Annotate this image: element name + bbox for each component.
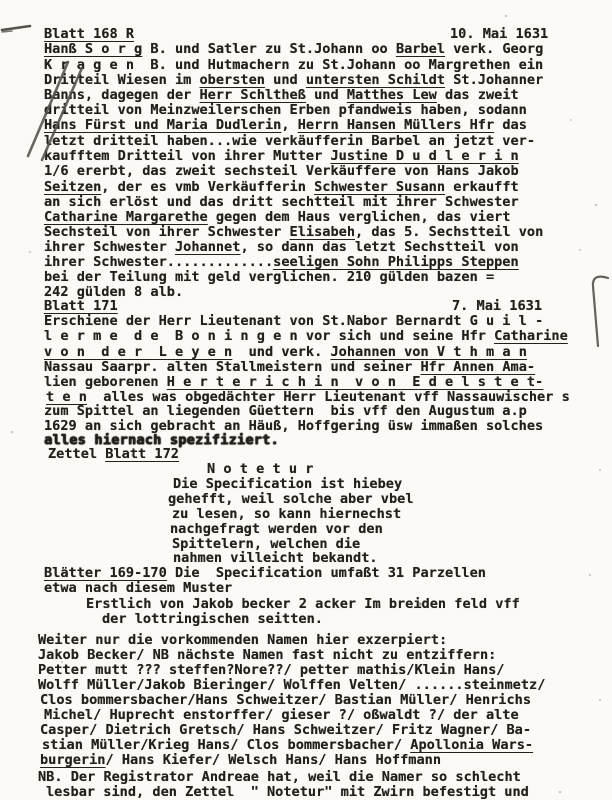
text-segment: Dritteil Wiesen im [44, 72, 200, 88]
text-segment: Clos bommersbacher/Hans Schweitzer/ Bast… [40, 692, 531, 708]
text-segment: Die Specification ist hiebey [173, 476, 402, 492]
text-segment: Zettel [48, 446, 105, 462]
text-segment: das zweit [437, 87, 519, 103]
text-line: Blätter 169-170 Die Specification umfaßt… [44, 566, 486, 581]
text-segment: und verk. [232, 344, 330, 360]
text-line: Wolff Müller/Jakob Bieringer/ Wolffen Ve… [38, 678, 545, 693]
text-line: Hanß S o r g B. und Satler zu St.Johann … [44, 42, 543, 57]
text-line: N o t e t u r [207, 462, 313, 477]
text-line: Clos bommersbacher/Hans Schweitzer/ Bast… [40, 693, 531, 708]
text-segment: zu lesen, so kann hiernechst [172, 506, 401, 522]
text-segment: zum Spittel an liegenden Güettern bis vf… [44, 403, 527, 419]
text-segment: an sich erlöst und das dritt sechtteil m… [44, 194, 519, 210]
text-line: Jakob Becker/ NB nächste Namen fast nich… [38, 648, 496, 663]
text-segment: letzt dritteil haben...wie verkäufferin … [44, 133, 535, 149]
underlined-text: Matthes Lew [347, 87, 437, 103]
text-segment: lesbar sind, den Zettel " Notetur" mit Z… [46, 784, 529, 800]
text-segment: , so dann das letzt Sechstteil von [240, 239, 518, 255]
text-segment: Erschiene der Herr Lieutenant von St.Nab… [44, 313, 543, 329]
text-segment: Nassau Saarpr. alten Stallmeistern und s… [44, 359, 420, 375]
text-line: Dritteil Wiesen im obersten und unterste… [44, 73, 543, 88]
text-line: Zettel Blatt 172 [48, 447, 179, 462]
underlined-text: Elisabeh [290, 224, 355, 240]
text-segment: Weiter nur die vorkommenden Namen hier e… [38, 632, 447, 648]
text-segment: der lottringischen seitten. [102, 611, 323, 627]
underlined-text: Johannet [175, 239, 240, 255]
text-line: der lottringischen seitten. [102, 612, 323, 627]
text-line: letzt dritteil haben...wie verkäufferin … [44, 134, 535, 149]
text-segment: K r a g e n B. und Hutmachern zu St.Joha… [44, 57, 543, 73]
text-segment: Wolff Müller/Jakob Bieringer/ Wolffen Ve… [38, 677, 545, 693]
text-segment: Erstlich von Jakob becker 2 acker Im bre… [86, 596, 520, 612]
text-line: nahmen villeicht bekandt. [173, 551, 378, 566]
text-line: ihrer Schwester Johannet, so dann das le… [44, 240, 519, 255]
underlined-text: Hfr Annen Ama- [420, 359, 535, 375]
text-segment: Michel/ Huprecht enstorffer/ gieser ?/ o… [44, 707, 519, 723]
underlined-text: Catharine Margarethe [44, 209, 208, 225]
text-segment: erkaufft [445, 179, 519, 195]
text-line: Blatt 168 R10. Mai 1631 [44, 27, 134, 42]
text-line: dritteil von Meinzweilerschen Erben pfan… [44, 103, 527, 118]
text-line: zu lesen, so kann hiernechst [172, 507, 401, 522]
underlined-text: Herr Schltheß [200, 87, 306, 103]
underlined-text: Blätter 169-170 [44, 565, 167, 581]
text-segment: und [265, 72, 306, 88]
text-segment: Jakob Becker/ NB nächste Namen fast nich… [38, 647, 496, 663]
underlined-text: Blatt 168 R [44, 26, 134, 42]
text-segment: , der es vmb Verkäufferin [101, 179, 314, 195]
text-segment: Die Specification umfaßt 31 Parzellen [167, 565, 486, 581]
underlined-text: Barbel [396, 41, 445, 57]
underlined-text: Blatt 171 [44, 298, 118, 314]
text-line: gehefft, weil solche aber vbel [168, 492, 414, 507]
underlined-text: v o n d e r L e y e n [44, 344, 232, 360]
text-segment: gegen dem Haus verglichen, das viert [208, 209, 511, 225]
underlined-text: Justine D u d l e r i n [330, 148, 518, 164]
text-segment: l e r m e d e B o n i n g e n vor sich u… [44, 328, 494, 344]
text-segment: stian Müller/Krieg Hans/ Clos bommersbac… [42, 737, 410, 753]
text-segment: Banns, dagegen der [44, 87, 200, 103]
date-label: 10. Mai 1631 [450, 27, 548, 42]
text-segment: N o t e t u r [207, 461, 313, 477]
text-line: Seitzen, der es vmb Verkäufferin Schwest… [44, 180, 519, 195]
text-line: lesbar sind, den Zettel " Notetur" mit Z… [46, 785, 529, 800]
text-line: lien geborenen H e r t e r i c h i n v o… [44, 375, 543, 390]
text-segment: nahmen villeicht bekandt. [173, 550, 378, 566]
text-segment: das [494, 117, 527, 133]
text-segment: Casper/ Dietrich Gretsch/ Hans Schweitze… [40, 722, 531, 738]
text-segment: , das 5. Sechstteil von [355, 224, 543, 240]
text-line: NB. Der Registrator Andreae hat, weil di… [38, 770, 521, 785]
underlined-text: burgerin [40, 752, 105, 768]
underlined-text: Blatt 172 [105, 446, 179, 462]
underlined-text: Schwester Susann [314, 179, 445, 195]
text-line: ihrer Schwester.............seeligen Soh… [44, 255, 519, 270]
text-segment: B. und Satler zu St.Johann oo [142, 41, 396, 57]
text-segment: etwa nach diesem Muster [44, 580, 232, 596]
text-segment: lien geborenen [44, 374, 167, 390]
text-line: l e r m e d e B o n i n g e n vor sich u… [44, 329, 568, 344]
text-segment: ihrer Schwester............. [44, 254, 273, 270]
text-segment: kaufftem Dritteil von ihrer Mutter [44, 148, 330, 164]
underlined-text: seeligen Sohn Philipps Steppen [273, 254, 519, 270]
text-segment: Petter mutt ??? steffen?Nore??/ petter m… [38, 662, 505, 678]
underlined-text: Herrn Hansen Müllers Hfr [298, 117, 494, 133]
text-line: zum Spittel an liegenden Güettern bis vf… [44, 404, 527, 419]
text-line: etwa nach diesem Muster [44, 581, 232, 596]
text-line: bei der Teilung mit geld verglichen. 210… [44, 270, 494, 285]
text-line: Banns, dagegen der Herr Schltheß und Mat… [44, 88, 519, 103]
text-line: Nassau Saarpr. alten Stallmeistern und s… [44, 360, 535, 375]
underlined-text: Hans Fürst und Maria Dudlerin [44, 117, 281, 133]
text-segment: Sechsteil von ihrer Schwester [44, 224, 290, 240]
text-segment: / Hans Kiefer/ Welsch Hans/ Hans Hoffman… [105, 752, 441, 768]
text-line: Catharine Margarethe gegen dem Haus verg… [44, 210, 511, 225]
text-segment: St.Johanner [445, 72, 543, 88]
text-line: an sich erlöst und das dritt sechtteil m… [44, 195, 519, 210]
text-segment: nachgefragt werden vor den [170, 521, 383, 537]
underlined-text: Johannen von V t h m a n [330, 344, 526, 360]
text-line: nachgefragt werden vor den [170, 522, 383, 537]
underlined-text: Hanß S o r g [44, 41, 142, 57]
underlined-text: untersten Schildt [306, 72, 445, 88]
date-label: 7. Mai 1631 [452, 299, 542, 314]
text-line: 1/6 ererbt, das zweit sechsteil Verkäuff… [44, 164, 519, 179]
underlined-text: Seitzen [44, 179, 101, 195]
underlined-text: Apollonia Wars- [410, 737, 533, 753]
text-line: v o n d e r L e y e n und verk. Johannen… [44, 345, 527, 360]
text-line: Blatt 1717. Mai 1631 [44, 299, 118, 314]
text-line: Erschiene der Herr Lieutenant von St.Nab… [44, 314, 543, 329]
underlined-text: Catharine [494, 328, 568, 344]
text-line: Casper/ Dietrich Gretsch/ Hans Schweitze… [40, 723, 531, 738]
text-line: stian Müller/Krieg Hans/ Clos bommersbac… [42, 738, 533, 753]
text-line: Die Specification ist hiebey [173, 477, 402, 492]
text-segment: 1/6 ererbt, das zweit sechsteil Verkäuff… [44, 163, 519, 179]
text-line: Sechsteil von ihrer Schwester Elisabeh, … [44, 225, 543, 240]
text-segment: und [306, 87, 347, 103]
pencil-dash-mark [0, 22, 38, 36]
text-segment: , [281, 117, 297, 133]
text-segment: dritteil von Meinzweilerschen Erben pfan… [44, 102, 527, 118]
pencil-hook-mark [580, 274, 612, 352]
text-line: Michel/ Huprecht enstorffer/ gieser ?/ o… [44, 708, 519, 723]
text-line: Erstlich von Jakob becker 2 acker Im bre… [86, 597, 520, 612]
underlined-text: H e r t e r i c h i n v o n E d e l s t … [167, 374, 543, 390]
text-segment: ihrer Schwester [44, 239, 175, 255]
text-segment: verk. Georg [445, 41, 543, 57]
text-line: Hans Fürst und Maria Dudlerin, Herrn Han… [44, 118, 527, 133]
text-segment: gehefft, weil solche aber vbel [168, 491, 414, 507]
text-line: kaufftem Dritteil von ihrer Mutter Justi… [44, 149, 519, 164]
text-line: burgerin/ Hans Kiefer/ Welsch Hans/ Hans… [40, 753, 441, 768]
text-line: Weiter nur die vorkommenden Namen hier e… [38, 633, 447, 648]
text-line: Petter mutt ??? steffen?Nore??/ petter m… [38, 663, 505, 678]
scanned-document-page: Blatt 168 R10. Mai 1631Hanß S o r g B. u… [0, 0, 612, 800]
text-segment: NB. Der Registrator Andreae hat, weil di… [38, 769, 521, 785]
text-line: K r a g e n B. und Hutmachern zu St.Joha… [44, 58, 543, 73]
underlined-text: obersten [200, 72, 265, 88]
text-segment: bei der Teilung mit geld verglichen. 210… [44, 269, 494, 285]
